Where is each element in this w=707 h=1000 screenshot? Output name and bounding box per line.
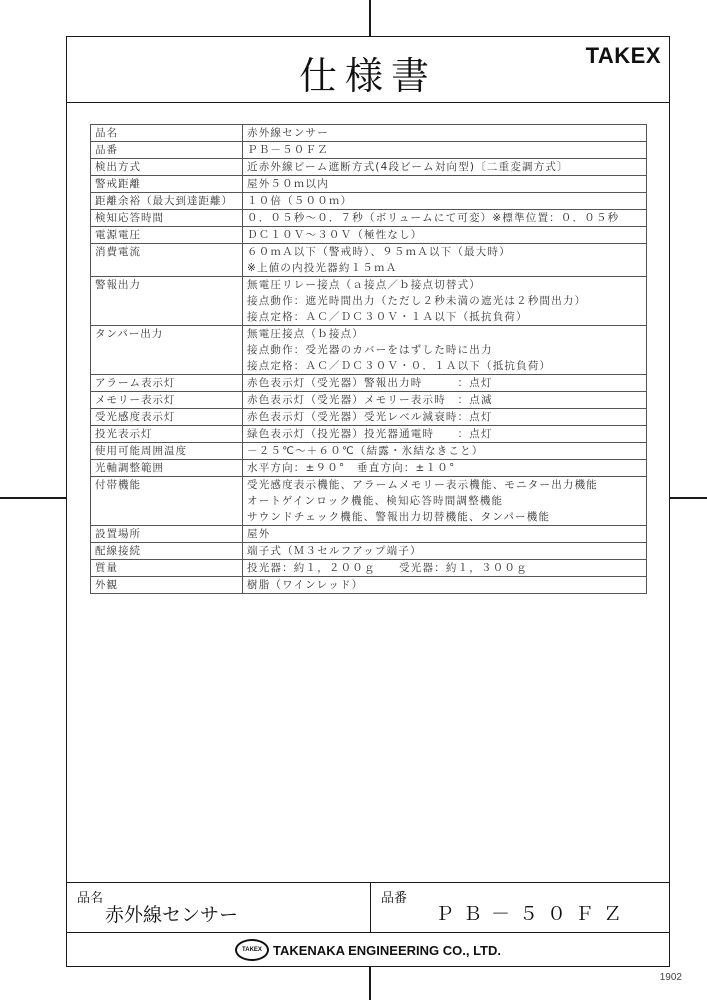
spec-value-line: 赤外線センサー [247, 125, 642, 141]
spec-value: 受光感度表示機能、アラームメモリー表示機能、モニター出力機能オートゲインロック機… [243, 477, 647, 526]
spec-label: メモリー表示灯 [91, 392, 243, 409]
product-name-value: 赤外線センサー [105, 900, 238, 927]
spec-value-line: 樹脂（ワインレッド） [247, 577, 642, 593]
title-block-row: 品名 赤外線センサー 品番 ＰＢ－５０ＦＺ [67, 883, 669, 933]
spec-row: 品名赤外線センサー [91, 125, 647, 142]
spec-label: アラーム表示灯 [91, 375, 243, 392]
spec-row: 警報出力無電圧リレー接点（ａ接点／ｂ接点切替式）接点動作：遮光時間出力（ただし２… [91, 277, 647, 326]
spec-value: 投光器：約１，２００ｇ 受光器：約１，３００ｇ [243, 560, 647, 577]
spec-row: 使用可能周囲温度－２５℃～＋６０℃（結露・氷結なきこと） [91, 443, 647, 460]
spec-row: 距離余裕（最大到達距離）１０倍（５００ｍ） [91, 193, 647, 210]
company-logo-icon: TAKEX [235, 939, 269, 961]
spec-value-line: ※上値の内投光器約１５ｍＡ [247, 260, 642, 276]
spec-label: 配線接続 [91, 543, 243, 560]
spec-label: 受光感度表示灯 [91, 409, 243, 426]
spec-value: 端子式（Ｍ３セルフアップ端子） [243, 543, 647, 560]
crop-mark-right [670, 497, 707, 499]
spec-value-line: ＤＣ１０Ｖ～３０Ｖ（極性なし） [247, 227, 642, 243]
spec-value-line: 接点動作：受光器のカバーをはずした時に出力 [247, 342, 642, 358]
spec-value-line: 接点動作：遮光時間出力（ただし２秒未満の遮光は２秒間出力） [247, 293, 642, 309]
product-name-label: 品名 [77, 887, 103, 906]
spec-label: 光軸調整範囲 [91, 460, 243, 477]
spec-label: タンパー出力 [91, 326, 243, 375]
spec-label: 電源電圧 [91, 227, 243, 244]
spec-label: 警戒距離 [91, 176, 243, 193]
spec-row: 受光感度表示灯赤色表示灯（受光器）受光レベル減衰時：点灯 [91, 409, 647, 426]
spec-value: 水平方向：±９０° 垂直方向：±１０° [243, 460, 647, 477]
spec-row: 設置場所屋外 [91, 526, 647, 543]
spec-label: 距離余裕（最大到達距離） [91, 193, 243, 210]
spec-value: 樹脂（ワインレッド） [243, 577, 647, 594]
spec-table-body: 品名赤外線センサー品番ＰＢ－５０ＦＺ検出方式近赤外線ビーム遮断方式(4段ビーム対… [91, 125, 647, 594]
product-name-cell: 品名 赤外線センサー [67, 883, 371, 932]
document-frame: 仕様書 TAKEX 品名赤外線センサー品番ＰＢ－５０ＦＺ検出方式近赤外線ビーム遮… [66, 36, 670, 967]
spec-value-line: ＰＢ－５０ＦＺ [247, 142, 642, 158]
spec-value: 赤色表示灯（受光器）メモリー表示時 ：点滅 [243, 392, 647, 409]
spec-value-line: 屋外５０ｍ以内 [247, 176, 642, 192]
company-row: TAKEX TAKENAKA ENGINEERING CO., LTD. [67, 933, 669, 967]
spec-value-line: 無電圧接点（ｂ接点） [247, 326, 642, 342]
title-block: 品名 赤外線センサー 品番 ＰＢ－５０ＦＺ TAKEX TAKENAKA ENG… [67, 882, 669, 967]
spec-label: 品名 [91, 125, 243, 142]
spec-value: ＤＣ１０Ｖ～３０Ｖ（極性なし） [243, 227, 647, 244]
spec-value-line: サウンドチェック機能、警報出力切替機能、タンパー機能 [247, 509, 642, 525]
spec-label: 設置場所 [91, 526, 243, 543]
spec-value-line: 屋外 [247, 526, 642, 542]
crop-mark-bottom [369, 967, 371, 1000]
spec-value: 赤色表示灯（受光器）警報出力時 ：点灯 [243, 375, 647, 392]
spec-value: 無電圧接点（ｂ接点）接点動作：受光器のカバーをはずした時に出力接点定格：ＡＣ／Ｄ… [243, 326, 647, 375]
spec-value-line: 受光感度表示機能、アラームメモリー表示機能、モニター出力機能 [247, 477, 642, 493]
spec-table: 品名赤外線センサー品番ＰＢ－５０ＦＺ検出方式近赤外線ビーム遮断方式(4段ビーム対… [90, 124, 647, 594]
spec-value-line: 緑色表示灯（投光器）投光器通電時 ：点灯 [247, 426, 642, 442]
spec-label: 質量 [91, 560, 243, 577]
spec-value-line: 近赤外線ビーム遮断方式(4段ビーム対向型)〔二重変調方式〕 [247, 159, 642, 175]
crop-mark-top [369, 0, 371, 36]
spec-value: 緑色表示灯（投光器）投光器通電時 ：点灯 [243, 426, 647, 443]
spec-value: －２５℃～＋６０℃（結露・氷結なきこと） [243, 443, 647, 460]
spec-row: 投光表示灯緑色表示灯（投光器）投光器通電時 ：点灯 [91, 426, 647, 443]
spec-value: 近赤外線ビーム遮断方式(4段ビーム対向型)〔二重変調方式〕 [243, 159, 647, 176]
spec-value-line: １０倍（５００ｍ） [247, 193, 642, 209]
spec-label: 検知応答時間 [91, 210, 243, 227]
product-code-value: ＰＢ－５０ＦＺ [435, 899, 631, 926]
company-name: TAKENAKA ENGINEERING CO., LTD. [273, 943, 501, 958]
spec-row: 付帯機能受光感度表示機能、アラームメモリー表示機能、モニター出力機能オートゲイン… [91, 477, 647, 526]
spec-row: 消費電流６０ｍＡ以下（警戒時）、９５ｍＡ以下（最大時）※上値の内投光器約１５ｍＡ [91, 244, 647, 277]
spec-value-line: 赤色表示灯（受光器）警報出力時 ：点灯 [247, 375, 642, 391]
spec-value-line: ０．０５秒～０．７秒（ボリュームにて可変）※標準位置：０．０５秒 [247, 210, 642, 226]
spec-value: ０．０５秒～０．７秒（ボリュームにて可変）※標準位置：０．０５秒 [243, 210, 647, 227]
spec-row: 検知応答時間０．０５秒～０．７秒（ボリュームにて可変）※標準位置：０．０５秒 [91, 210, 647, 227]
spec-value-line: 水平方向：±９０° 垂直方向：±１０° [247, 460, 642, 476]
spec-row: 外観樹脂（ワインレッド） [91, 577, 647, 594]
spec-label: 投光表示灯 [91, 426, 243, 443]
spec-label: 品番 [91, 142, 243, 159]
brand-logo: TAKEX [586, 43, 661, 69]
spec-label: 消費電流 [91, 244, 243, 277]
product-code-cell: 品番 ＰＢ－５０ＦＺ [371, 883, 669, 932]
spec-value: ＰＢ－５０ＦＺ [243, 142, 647, 159]
spec-value-line: 無電圧リレー接点（ａ接点／ｂ接点切替式） [247, 277, 642, 293]
spec-value: 赤外線センサー [243, 125, 647, 142]
spec-row: 電源電圧ＤＣ１０Ｖ～３０Ｖ（極性なし） [91, 227, 647, 244]
spec-row: 質量投光器：約１，２００ｇ 受光器：約１，３００ｇ [91, 560, 647, 577]
spec-value: 無電圧リレー接点（ａ接点／ｂ接点切替式）接点動作：遮光時間出力（ただし２秒未満の… [243, 277, 647, 326]
spec-value: 赤色表示灯（受光器）受光レベル減衰時：点灯 [243, 409, 647, 426]
spec-value-line: ６０ｍＡ以下（警戒時）、９５ｍＡ以下（最大時） [247, 244, 642, 260]
spec-row: 警戒距離屋外５０ｍ以内 [91, 176, 647, 193]
spec-label: 検出方式 [91, 159, 243, 176]
spec-row: 光軸調整範囲水平方向：±９０° 垂直方向：±１０° [91, 460, 647, 477]
spec-label: 付帯機能 [91, 477, 243, 526]
spec-value-line: －２５℃～＋６０℃（結露・氷結なきこと） [247, 443, 642, 459]
spec-row: 検出方式近赤外線ビーム遮断方式(4段ビーム対向型)〔二重変調方式〕 [91, 159, 647, 176]
spec-value-line: オートゲインロック機能、検知応答時間調整機能 [247, 493, 642, 509]
spec-row: 配線接続端子式（Ｍ３セルフアップ端子） [91, 543, 647, 560]
spec-row: 品番ＰＢ－５０ＦＺ [91, 142, 647, 159]
spec-value-line: 接点定格：ＡＣ／ＤＣ３０Ｖ・０．１Ａ以下（抵抗負荷） [247, 358, 642, 374]
spec-label: 外観 [91, 577, 243, 594]
crop-mark-left [0, 497, 66, 499]
spec-value-line: 赤色表示灯（受光器）受光レベル減衰時：点灯 [247, 409, 642, 425]
product-code-label: 品番 [381, 887, 407, 906]
spec-value-line: 接点定格：ＡＣ／ＤＣ３０Ｖ・１Ａ以下（抵抗負荷） [247, 309, 642, 325]
spec-value-line: 赤色表示灯（受光器）メモリー表示時 ：点滅 [247, 392, 642, 408]
spec-row: アラーム表示灯赤色表示灯（受光器）警報出力時 ：点灯 [91, 375, 647, 392]
document-title: 仕様書 [67, 45, 669, 100]
spec-value-line: 端子式（Ｍ３セルフアップ端子） [247, 543, 642, 559]
spec-value-line: 投光器：約１，２００ｇ 受光器：約１，３００ｇ [247, 560, 642, 576]
spec-value: １０倍（５００ｍ） [243, 193, 647, 210]
spec-value: 屋外 [243, 526, 647, 543]
spec-value: 屋外５０ｍ以内 [243, 176, 647, 193]
spec-row: メモリー表示灯赤色表示灯（受光器）メモリー表示時 ：点滅 [91, 392, 647, 409]
document-number: 1902 [660, 972, 682, 983]
spec-row: タンパー出力無電圧接点（ｂ接点）接点動作：受光器のカバーをはずした時に出力接点定… [91, 326, 647, 375]
spec-label: 警報出力 [91, 277, 243, 326]
document-header: 仕様書 TAKEX [67, 37, 669, 103]
spec-value: ６０ｍＡ以下（警戒時）、９５ｍＡ以下（最大時）※上値の内投光器約１５ｍＡ [243, 244, 647, 277]
spec-label: 使用可能周囲温度 [91, 443, 243, 460]
